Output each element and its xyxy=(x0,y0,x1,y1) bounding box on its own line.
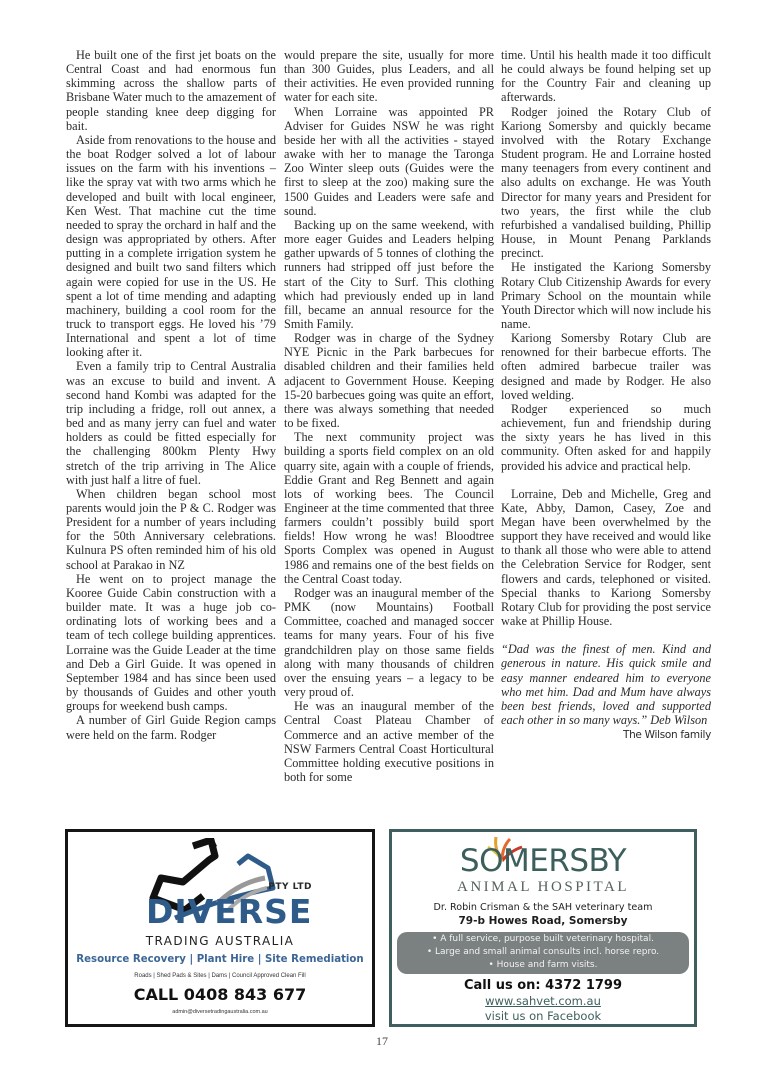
vet-features-box: • A full service, purpose built veterina… xyxy=(397,932,689,974)
pty-ltd-label: PTY LTD xyxy=(268,882,312,892)
paragraph: Aside from renovations to the house and … xyxy=(66,133,276,360)
paragraph: He built one of the first jet boats on t… xyxy=(66,48,276,133)
vet-phone[interactable]: Call us on: 4372 1799 xyxy=(392,978,694,993)
paragraph: He instigated the Kariong Somersby Rotar… xyxy=(501,260,711,331)
diverse-email[interactable]: admin@diversetradingaustralia.com.au xyxy=(68,1009,372,1015)
vet-feature: • House and farm visits. xyxy=(397,959,689,972)
article-column-3: time. Until his health made it too diffi… xyxy=(501,48,711,742)
paragraph: Even a family trip to Central Australia … xyxy=(66,359,276,486)
paragraph: A number of Girl Guide Region camps were… xyxy=(66,713,276,741)
paragraph: Rodger experienced so much achievement, … xyxy=(501,402,711,473)
paragraph: Rodger joined the Rotary Club of Kariong… xyxy=(501,105,711,261)
vet-subtitle: ANIMAL HOSPITAL xyxy=(392,879,694,896)
paragraph: He was an inaugural member of the Centra… xyxy=(284,699,494,784)
thank-you-paragraph: Lorraine, Deb and Michelle, Greg and Kat… xyxy=(501,487,711,629)
diverse-phone[interactable]: CALL 0408 843 677 xyxy=(68,985,372,1004)
diverse-tagline: TRADING AUSTRALIA xyxy=(68,934,372,948)
paragraph: When children began school most parents … xyxy=(66,487,276,572)
diverse-trading-ad[interactable]: PTY LTD DIVERSE TRADING AUSTRALIA Resour… xyxy=(65,829,375,1027)
paragraph: time. Until his health made it too diffi… xyxy=(501,48,711,105)
vet-facebook-link[interactable]: visit us on Facebook xyxy=(392,1009,694,1023)
page-number: 17 xyxy=(0,1034,764,1049)
diverse-services: Resource Recovery | Plant Hire | Site Re… xyxy=(68,954,372,965)
article-column-2: would prepare the site, usually for more… xyxy=(284,48,494,784)
paragraph: He went on to project manage the Kooree … xyxy=(66,572,276,714)
paragraph: would prepare the site, usually for more… xyxy=(284,48,494,105)
vet-website-link[interactable]: www.sahvet.com.au xyxy=(392,994,694,1008)
vet-brand-name: SOMERSBY xyxy=(392,844,694,878)
diverse-sub-services: Roads | Shed Pads & Sites | Dams | Counc… xyxy=(68,973,372,979)
somersby-animal-hospital-ad[interactable]: SOMERSBY ANIMAL HOSPITAL Dr. Robin Crism… xyxy=(389,829,697,1027)
vet-address: 79-b Howes Road, Somersby xyxy=(392,915,694,927)
vet-feature: • A full service, purpose built veterina… xyxy=(397,933,689,946)
diverse-brand-name: DIVERSE xyxy=(146,895,312,929)
paragraph: The next community project was building … xyxy=(284,430,494,586)
vet-feature: • Large and small animal consults incl. … xyxy=(397,946,689,959)
paragraph: Rodger was an inaugural member of the PM… xyxy=(284,586,494,699)
paragraph: Kariong Somersby Rotary Club are renowne… xyxy=(501,331,711,402)
paragraph: When Lorraine was appointed PR Adviser f… xyxy=(284,105,494,218)
paragraph: Rodger was in charge of the Sydney NYE P… xyxy=(284,331,494,430)
family-quote: “Dad was the finest of men. Kind and gen… xyxy=(501,642,711,727)
signature: The Wilson family xyxy=(501,728,711,742)
paragraph: Backing up on the same weekend, with mor… xyxy=(284,218,494,331)
article-column-1: He built one of the first jet boats on t… xyxy=(66,48,276,742)
vet-doctor: Dr. Robin Crisman & the SAH veterinary t… xyxy=(392,902,694,913)
